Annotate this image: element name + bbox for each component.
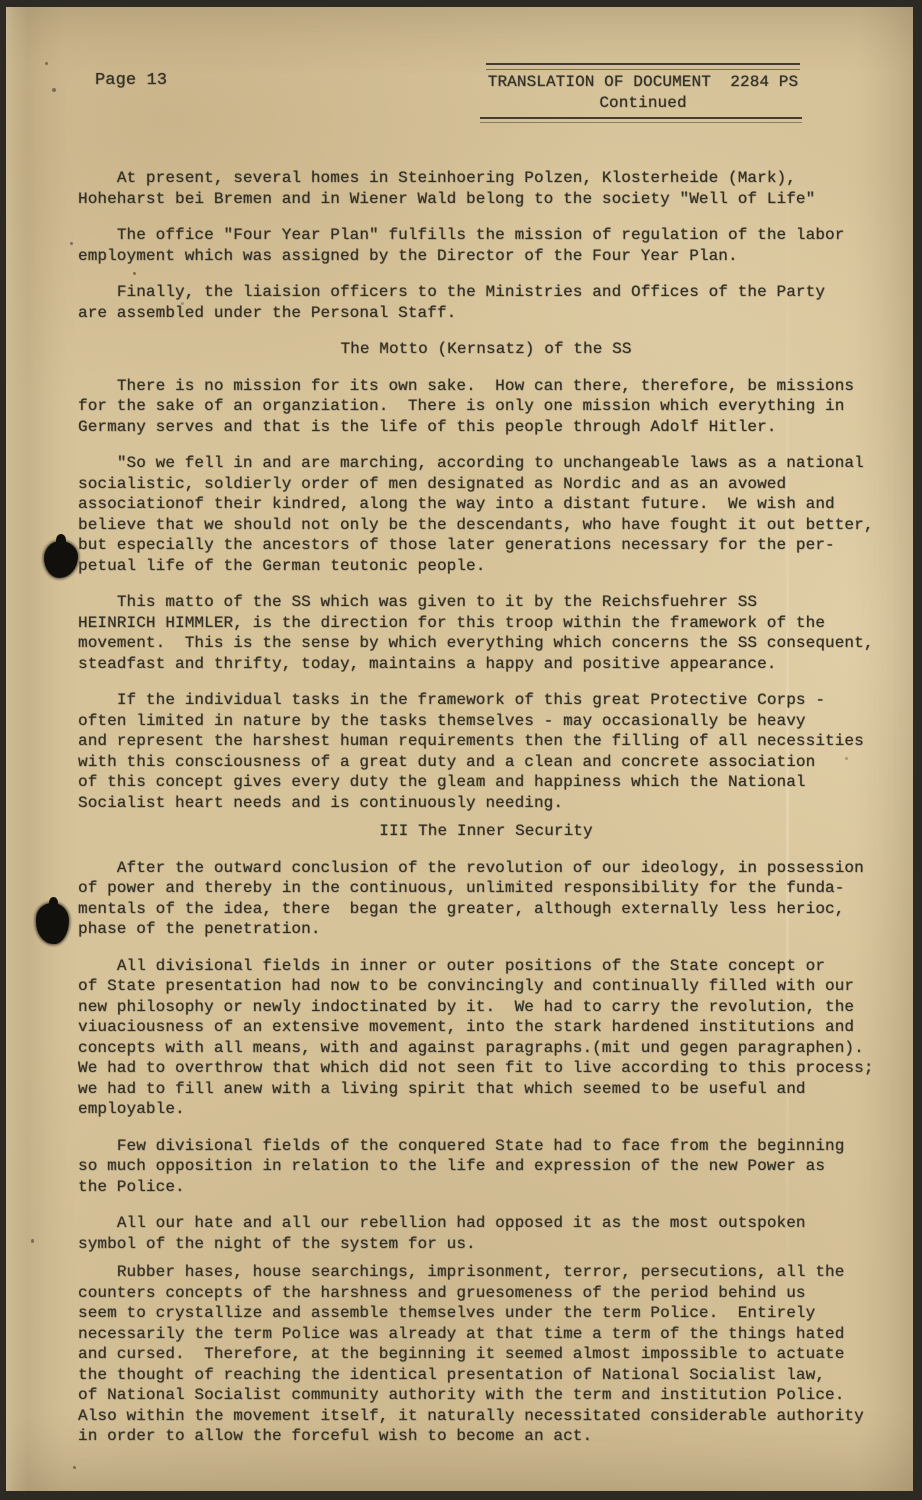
section-heading-inner-security: III The Inner Security: [78, 821, 894, 842]
scanned-document-page: Page 13 TRANSLATION OF DOCUMENT 2284 PS …: [0, 0, 922, 1500]
ink-speck: [73, 1466, 76, 1469]
ink-speck: [133, 272, 136, 275]
scan-edge-right: [913, 0, 922, 1500]
scan-edge-bottom: [0, 1491, 922, 1500]
paragraph: Finally, the liaision officers to the Mi…: [78, 282, 894, 323]
paragraph: If the individual tasks in the framework…: [78, 690, 894, 813]
header-rule-top: [486, 63, 800, 70]
paragraph: All divisional fields in inner or outer …: [78, 956, 894, 1120]
header-rule-bottom: [480, 117, 802, 123]
paragraph: This matto of the SS which was given to …: [78, 592, 894, 674]
scan-edge-top: [0, 0, 922, 7]
ink-speck: [845, 757, 848, 760]
ink-speck: [31, 1239, 34, 1243]
section-heading-motto: The Motto (Kernsatz) of the SS: [78, 339, 894, 360]
paragraph: All our hate and all our rebellion had o…: [78, 1213, 894, 1254]
paragraph: There is no mission for its own sake. Ho…: [78, 376, 894, 438]
paragraph: Rubber hases, house searchings, imprison…: [78, 1262, 894, 1447]
page-number-label: Page 13: [95, 70, 167, 91]
document-body: At present, several homes in Steinhoerin…: [78, 168, 894, 1463]
document-header-stamp: TRANSLATION OF DOCUMENT 2284 PS Continue…: [486, 63, 800, 123]
ink-speck: [45, 62, 48, 65]
document-subtitle: Continued: [486, 93, 800, 114]
paragraph: Few divisional fields of the conquered S…: [78, 1136, 894, 1198]
paragraph: After the outward conclusion of the revo…: [78, 858, 894, 940]
paragraph: The office "Four Year Plan" fulfills the…: [78, 225, 894, 266]
hole-punch: [36, 903, 69, 944]
hole-punch: [44, 541, 78, 578]
ink-speck: [52, 88, 56, 92]
paragraph: "So we fell in and are marching, accordi…: [78, 453, 894, 576]
ink-speck: [70, 242, 73, 245]
document-title: TRANSLATION OF DOCUMENT 2284 PS: [486, 72, 800, 93]
scan-edge-left: [0, 0, 6, 1500]
ink-speck: [181, 302, 184, 305]
paragraph: At present, several homes in Steinhoerin…: [78, 168, 894, 209]
scan-edge-shading: [6, 0, 28, 1500]
